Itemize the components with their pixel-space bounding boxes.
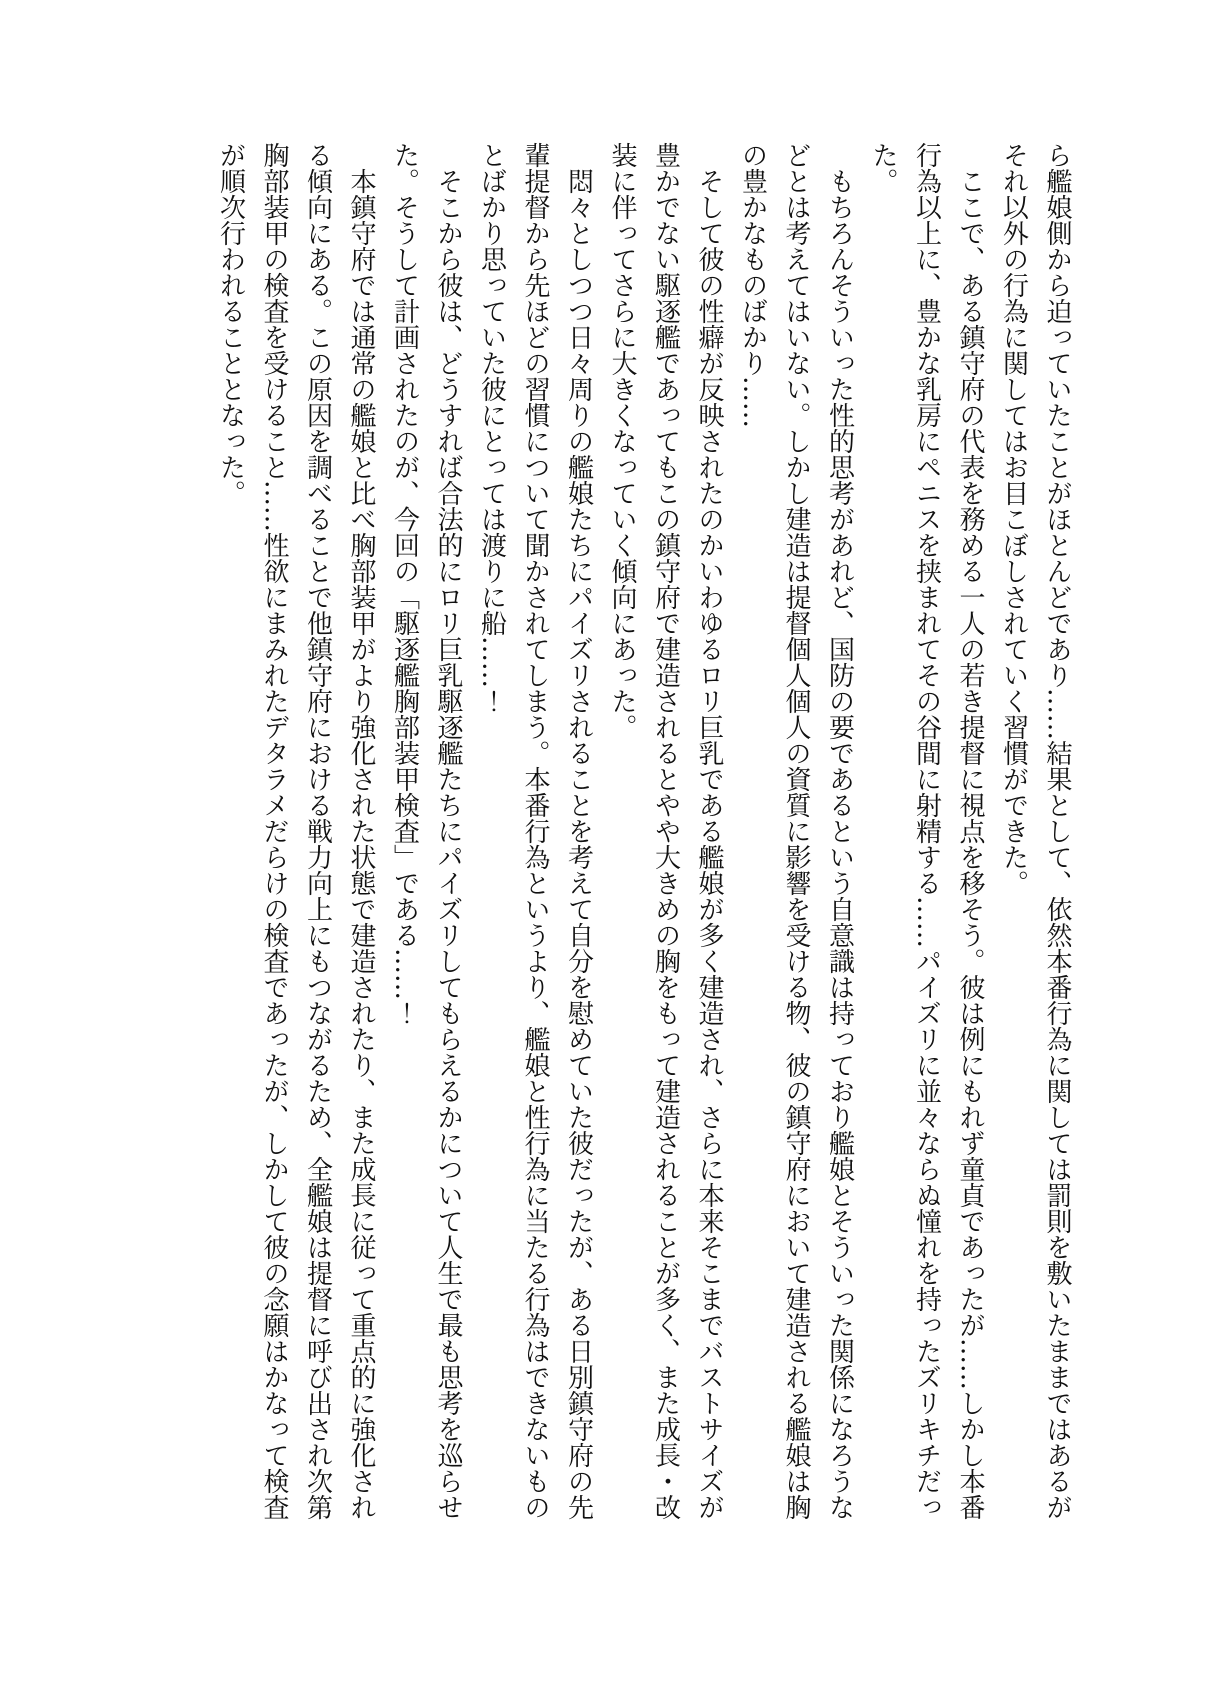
page: ら艦娘側から迫っていたことがほとんどであり……結果として、依然本番行為に関しては… [0, 0, 1213, 1701]
paragraph-3: もちろんそういった性的思考があれど、国防の要であるという自意識は持っており艦娘と… [730, 142, 861, 1522]
novel-text-block: ら艦娘側から迫っていたことがほとんどであり……結果として、依然本番行為に関しては… [208, 142, 1078, 1522]
paragraph-5: 悶々としつつ日々周りの艦娘たちにパイズリされることを考えて自分を慰めていた彼だっ… [469, 142, 600, 1522]
paragraph-4: そして彼の性癖が反映されたのかいわゆるロリ巨乳である艦娘が多く建造され、さらに本… [600, 142, 731, 1522]
paragraph-6: そこから彼は、どうすれば合法的にロリ巨乳駆逐艦たちにパイズリしてもらえるかについ… [382, 142, 469, 1522]
paragraph-2: ここで、ある鎮守府の代表を務める一人の若き提督に視点を移そう。彼は例にもれず童貞… [861, 142, 992, 1522]
paragraph-1: ら艦娘側から迫っていたことがほとんどであり……結果として、依然本番行為に関しては… [991, 142, 1078, 1522]
paragraph-7: 本鎮守府では通常の艦娘と比べ胸部装甲がより強化された状態で建造されたり、また成長… [208, 142, 382, 1522]
